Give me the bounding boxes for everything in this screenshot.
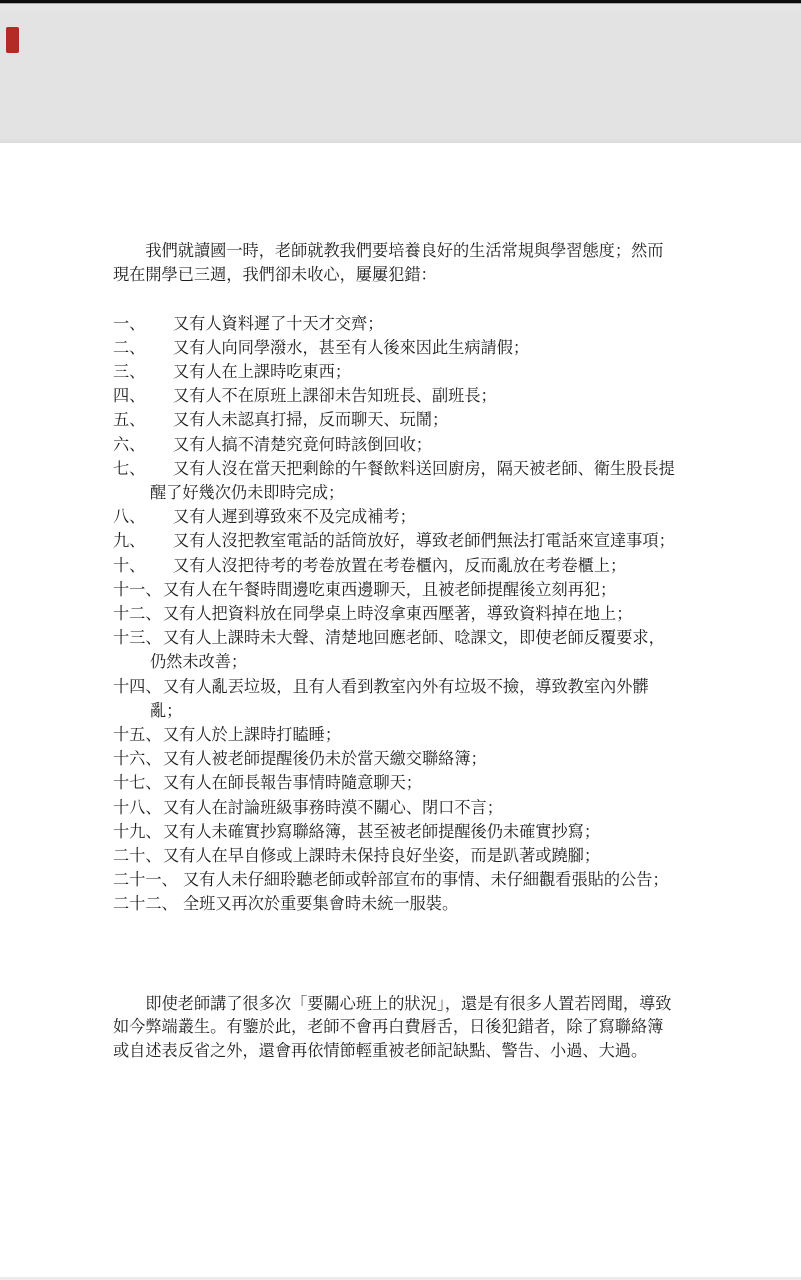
list-item: 十八、又有人在討論班級事務時漠不關心、閉口不言； — [113, 796, 693, 820]
item-text: 又有人未確實抄寫聯絡簿，甚至被老師提醒後仍未確實抄寫； — [163, 823, 600, 841]
item-text: 又有人遲到導致來不及完成補考； — [173, 508, 416, 526]
item-text: 又有人搞不清楚究竟何時該倒回收； — [173, 436, 432, 454]
item-number: 二十一、 — [113, 868, 183, 892]
item-number: 十、 — [113, 554, 173, 578]
item-text: 又有人未認真打掃，反而聊天、玩鬧； — [173, 411, 448, 429]
item-text: 又有人在師長報告事情時隨意聊天； — [163, 774, 422, 792]
item-text: 又有人資料遲了十天才交齊； — [173, 315, 383, 333]
item-text: 又有人於上課時打瞌睡； — [163, 726, 341, 744]
item-text: 又有人沒把教室電話的話筒放好，導致老師們無法打電話來宣達事項； — [173, 532, 675, 550]
item-text: 又有人亂丟垃圾，且有人看到教室內外有垃圾不撿，導致教室內外髒 亂； — [150, 678, 649, 720]
item-text: 又有人向同學潑水，甚至有人後來因此生病請假； — [173, 339, 529, 357]
item-number: 二十二、 — [113, 892, 183, 916]
violation-list: 一、又有人資料遲了十天才交齊；二、又有人向同學潑水，甚至有人後來因此生病請假；三… — [113, 312, 693, 917]
item-number: 十一、 — [113, 578, 163, 602]
item-number: 二十、 — [113, 844, 163, 868]
list-item: 九、又有人沒把教室電話的話筒放好，導致老師們無法打電話來宣達事項； — [113, 529, 693, 553]
item-number: 四、 — [113, 384, 173, 408]
item-text: 全班又再次於重要集會時未統一服裝。 — [183, 895, 458, 913]
item-text: 又有人被老師提醒後仍未於當天繳交聯絡簿； — [163, 750, 487, 768]
list-item: 八、又有人遲到導致來不及完成補考； — [113, 505, 693, 529]
item-number: 十六、 — [113, 747, 163, 771]
list-item: 三、又有人在上課時吃東西； — [113, 360, 693, 384]
red-marker — [6, 27, 19, 53]
photo-gray-margin — [0, 0, 801, 143]
list-item: 二、又有人向同學潑水，甚至有人後來因此生病請假； — [113, 336, 693, 360]
list-item: 十二、又有人把資料放在同學桌上時沒拿東西壓著，導致資料掉在地上； — [113, 602, 693, 626]
item-text: 又有人在午餐時間邊吃東西邊聊天，且被老師提醒後立刻再犯； — [163, 581, 616, 599]
list-item: 十一、又有人在午餐時間邊吃東西邊聊天，且被老師提醒後立刻再犯； — [113, 578, 693, 602]
item-text: 又有人在討論班級事務時漠不關心、閉口不言； — [163, 799, 503, 817]
list-item: 二十二、全班又再次於重要集會時未統一服裝。 — [113, 892, 693, 916]
list-item: 十五、又有人於上課時打瞌睡； — [113, 723, 693, 747]
item-number: 八、 — [113, 505, 173, 529]
item-text: 又有人把資料放在同學桌上時沒拿東西壓著，導致資料掉在地上； — [163, 605, 632, 623]
list-item: 十、又有人沒把待考的考卷放置在考卷櫃內，反而亂放在考卷櫃上； — [113, 554, 693, 578]
item-number: 十五、 — [113, 723, 163, 747]
item-text: 又有人上課時未大聲、清楚地回應老師、唸課文，即使老師反覆要求， 仍然未改善； — [150, 629, 665, 671]
document-page: 我們就讀國一時，老師就教我們要培養良好的生活常規與學習態度；然而 現在開學已三週… — [113, 240, 693, 1064]
item-number: 十九、 — [113, 820, 163, 844]
intro-paragraph: 我們就讀國一時，老師就教我們要培養良好的生活常規與學習態度；然而 現在開學已三週… — [113, 240, 693, 288]
item-number: 三、 — [113, 360, 173, 384]
item-text: 又有人沒把待考的考卷放置在考卷櫃內，反而亂放在考卷櫃上； — [173, 557, 626, 575]
list-item: 十三、又有人上課時未大聲、清楚地回應老師、唸課文，即使老師反覆要求， 仍然未改善… — [113, 626, 693, 674]
item-number: 二、 — [113, 336, 173, 360]
list-item: 十六、又有人被老師提醒後仍未於當天繳交聯絡簿； — [113, 747, 693, 771]
list-item: 六、又有人搞不清楚究竟何時該倒回收； — [113, 433, 693, 457]
item-text: 又有人不在原班上課卻未告知班長、副班長； — [173, 387, 497, 405]
item-text: 又有人未仔細聆聽老師或幹部宣布的事情、未仔細觀看張貼的公告； — [183, 871, 669, 889]
item-number: 七、 — [113, 457, 173, 481]
item-number: 十二、 — [113, 602, 163, 626]
item-number: 六、 — [113, 433, 173, 457]
item-number: 十八、 — [113, 796, 163, 820]
item-number: 十七、 — [113, 771, 163, 795]
photo-top-edge-shadow — [0, 3, 801, 4]
item-text: 又有人在上課時吃東西； — [173, 363, 351, 381]
list-item: 二十一、又有人未仔細聆聽老師或幹部宣布的事情、未仔細觀看張貼的公告； — [113, 868, 693, 892]
list-item: 十九、又有人未確實抄寫聯絡簿，甚至被老師提醒後仍未確實抄寫； — [113, 820, 693, 844]
item-number: 十四、 — [113, 675, 163, 699]
item-number: 五、 — [113, 408, 173, 432]
list-item: 二十、又有人在早自修或上課時未保持良好坐姿，而是趴著或蹺腳； — [113, 844, 693, 868]
closing-paragraph: 即使老師講了很多次「要關心班上的狀況」，還是有很多人置若罔聞，導致 如今弊端叢生… — [113, 993, 693, 1064]
item-text: 又有人在早自修或上課時未保持良好坐姿，而是趴著或蹺腳； — [163, 847, 600, 865]
list-item: 七、又有人沒在當天把剩餘的午餐飲料送回廚房，隔天被老師、衛生股長提 醒了好幾次仍… — [113, 457, 693, 505]
list-item: 四、又有人不在原班上課卻未告知班長、副班長； — [113, 384, 693, 408]
list-item: 十七、又有人在師長報告事情時隨意聊天； — [113, 771, 693, 795]
item-number: 九、 — [113, 529, 173, 553]
item-text: 又有人沒在當天把剩餘的午餐飲料送回廚房，隔天被老師、衛生股長提 醒了好幾次仍未即… — [150, 460, 675, 502]
list-item: 十四、又有人亂丟垃圾，且有人看到教室內外有垃圾不撿，導致教室內外髒 亂； — [113, 675, 693, 723]
list-item: 一、又有人資料遲了十天才交齊； — [113, 312, 693, 336]
item-number: 十三、 — [113, 626, 163, 650]
item-number: 一、 — [113, 312, 173, 336]
list-item: 五、又有人未認真打掃，反而聊天、玩鬧； — [113, 408, 693, 432]
